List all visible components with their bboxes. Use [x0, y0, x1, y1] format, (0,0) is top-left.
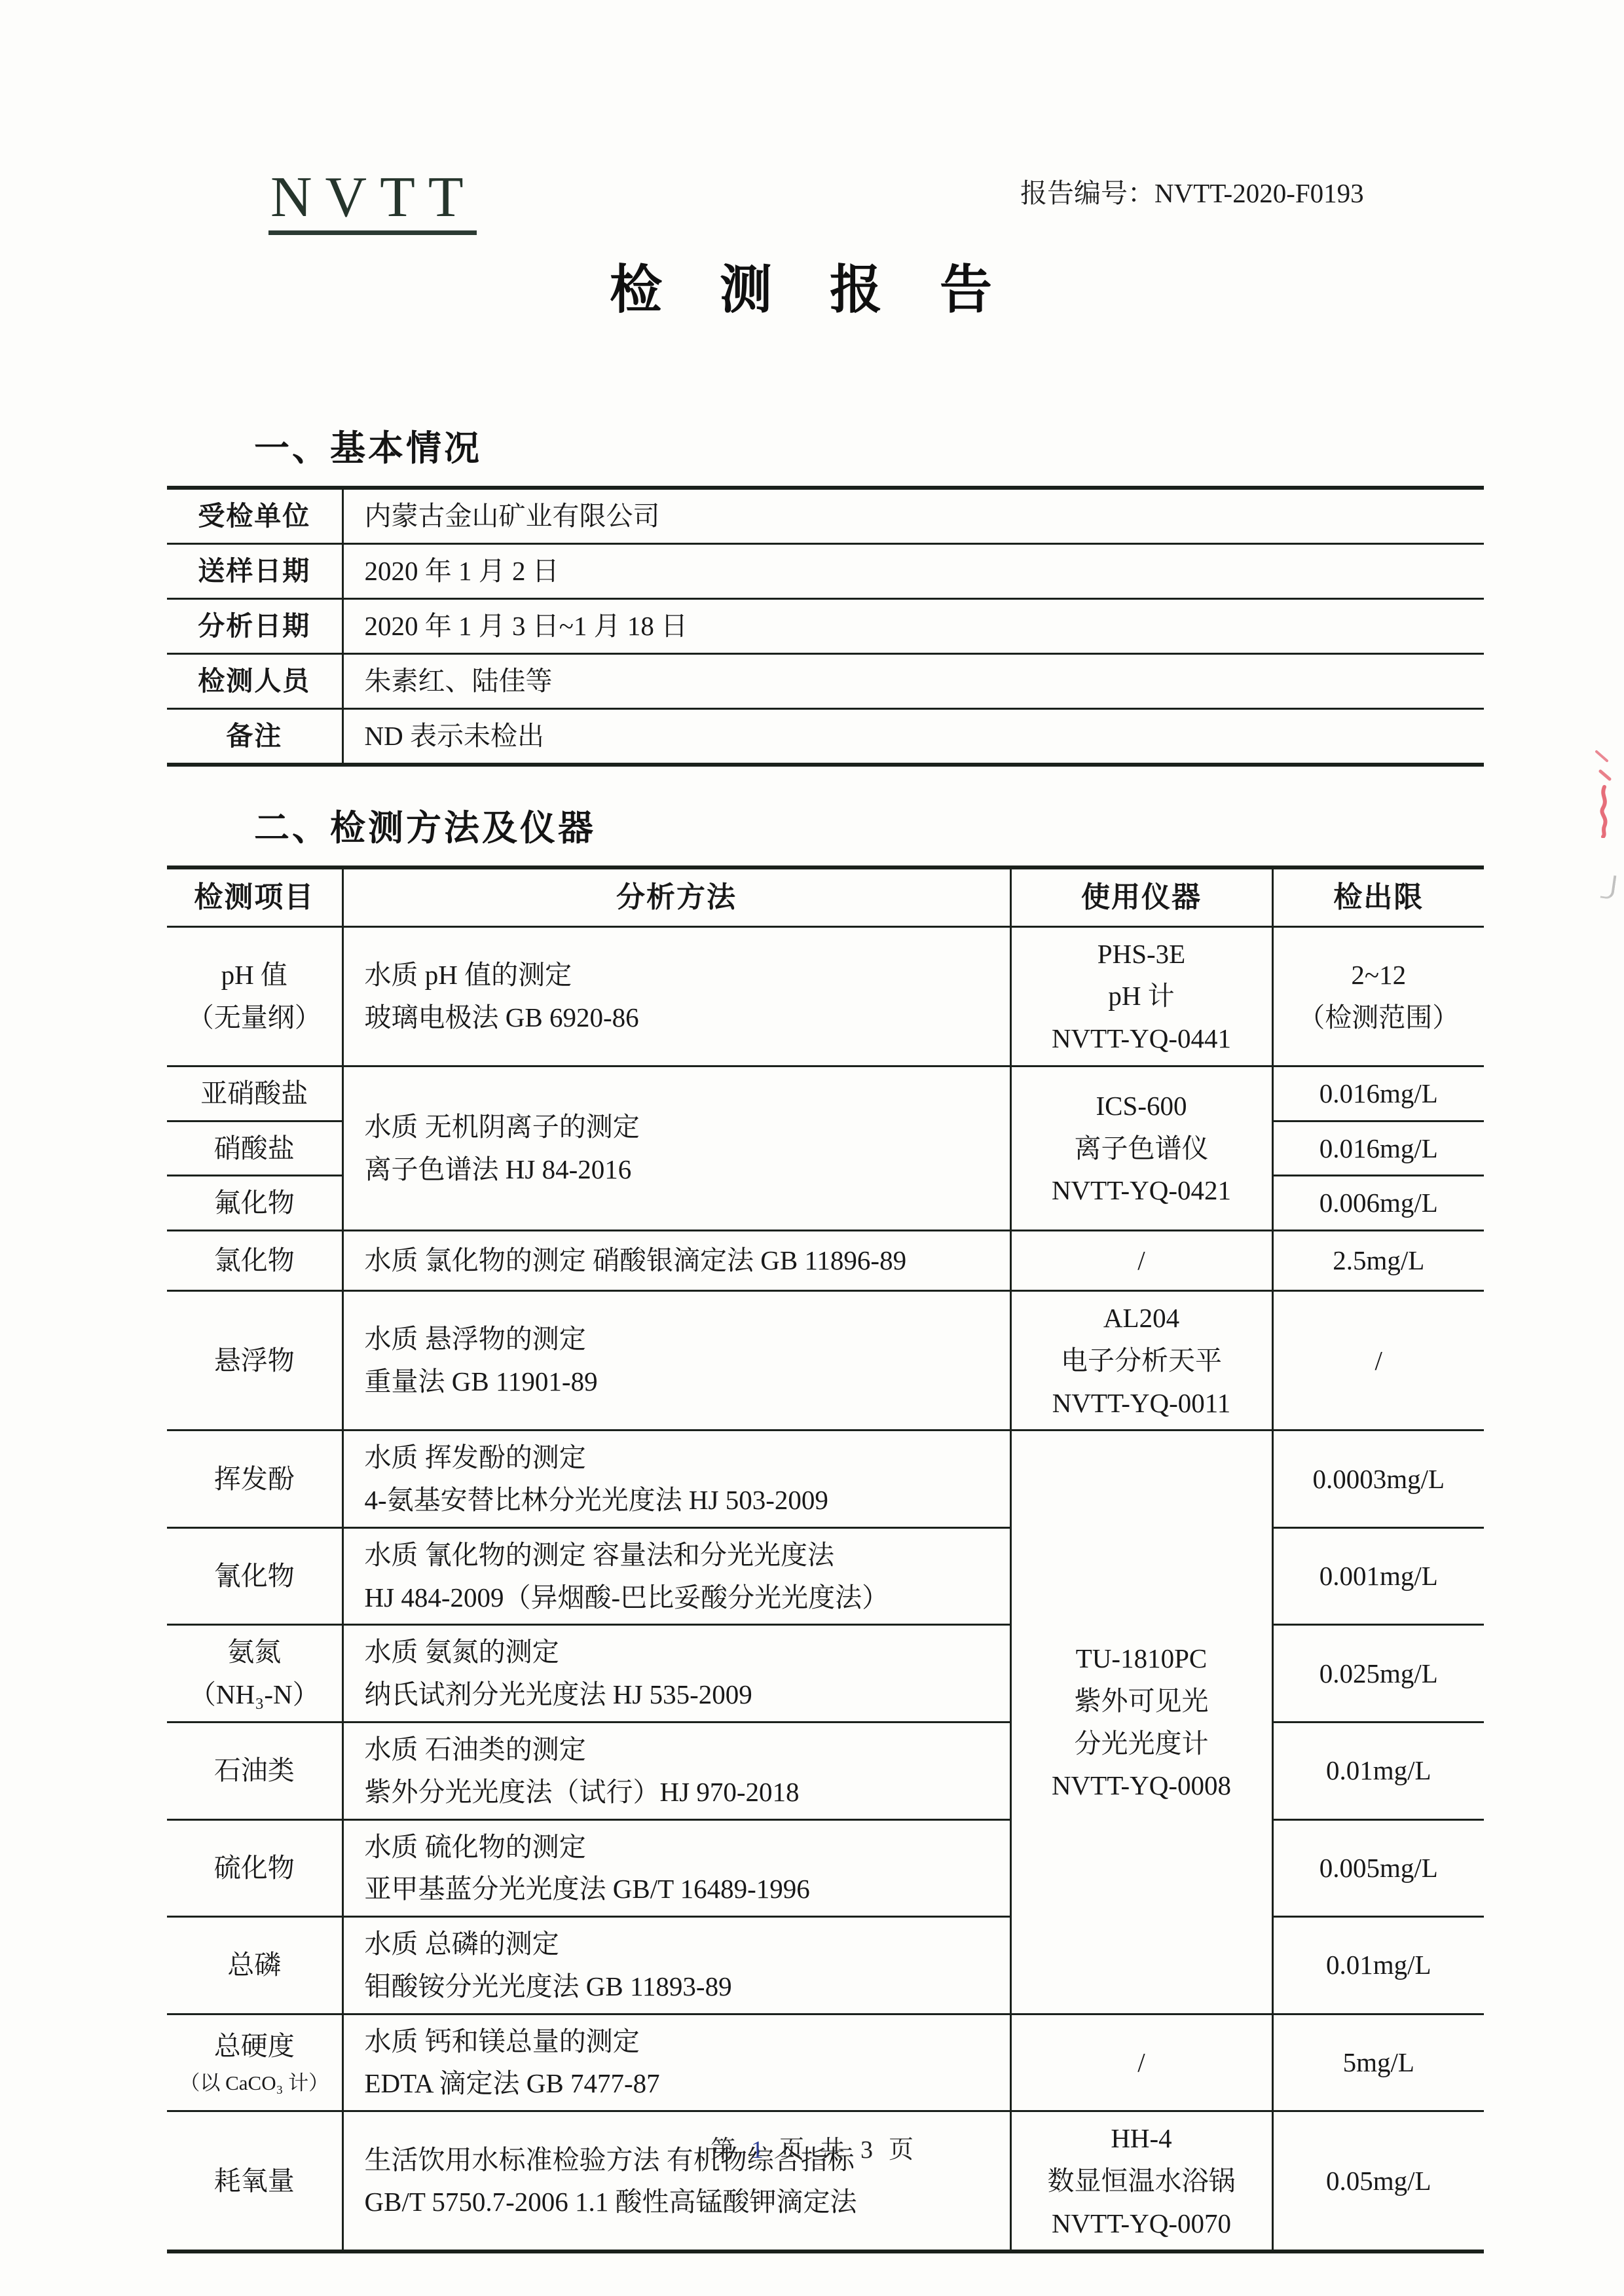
item-fluoride: 氟化物	[167, 1176, 342, 1231]
methods-table: 检测项目分析方法使用仪器检出限pH 值（无量纲）水质 pH 值的测定玻璃电极法 …	[167, 866, 1484, 2253]
limit-nitrite: 0.016mg/L	[1272, 1066, 1484, 1121]
limit-suspended-solids: /	[1272, 1291, 1484, 1430]
method-volatile-phenol: 水质 挥发酚的测定4-氨基安替比林分光光度法 HJ 503-2009	[342, 1430, 1010, 1528]
instrument-uv-vis: TU-1810PC紫外可见光分光光度计NVTT-YQ-0008	[1010, 1430, 1272, 2014]
row-label-remark: 备注	[167, 708, 342, 764]
footer-word: 页	[779, 2129, 804, 2165]
item-ammonia-nitrogen: 氨氮（NH₃-N）	[167, 1625, 342, 1722]
row-label-analysis-date: 分析日期	[167, 598, 342, 653]
method-suspended-solids: 水质 悬浮物的测定重量法 GB 11901-89	[342, 1291, 1010, 1430]
footer-word: 页	[889, 2129, 913, 2165]
method-total-phosphorus: 水质 总磷的测定钼酸铵分光光度法 GB 11893-89	[342, 1917, 1010, 2014]
instrument-suspended-solids: AL204电子分析天平NVTT-YQ-0011	[1010, 1291, 1272, 1430]
header-detection-limit: 检出限	[1272, 867, 1484, 926]
row-label-sample-date: 送样日期	[167, 543, 342, 598]
item-chloride: 氯化物	[167, 1231, 342, 1291]
limit-nitrate: 0.016mg/L	[1272, 1121, 1484, 1176]
limit-fluoride: 0.006mg/L	[1272, 1176, 1484, 1231]
row-label-inspected-unit: 受检单位	[167, 488, 342, 543]
footer-word: 第	[710, 2129, 735, 2165]
limit-volatile-phenol: 0.0003mg/L	[1272, 1430, 1484, 1528]
item-total-phosphorus: 总磷	[167, 1917, 342, 2014]
item-suspended-solids: 悬浮物	[167, 1291, 342, 1430]
limit-ammonia-nitrogen: 0.025mg/L	[1272, 1625, 1484, 1722]
limit-chloride: 2.5mg/L	[1272, 1231, 1484, 1291]
value-remark: ND 表示未检出	[342, 708, 1484, 764]
footer-page-number: 1	[751, 2136, 764, 2164]
limit-sulfide: 0.005mg/L	[1272, 1819, 1484, 1917]
instrument-total-hardness: /	[1010, 2014, 1272, 2111]
value-sample-date: 2020 年 1 月 2 日	[342, 543, 1484, 598]
method-ammonia-nitrogen: 水质 氨氮的测定纳氏试剂分光光度法 HJ 535-2009	[342, 1625, 1010, 1722]
header-analysis-method: 分析方法	[342, 867, 1010, 926]
limit-ph: 2~12（检测范围）	[1272, 926, 1484, 1066]
method-chloride: 水质 氯化物的测定 硝酸银滴定法 GB 11896-89	[342, 1231, 1010, 1291]
section-heading-methods: 二、检测方法及仪器	[254, 800, 596, 850]
value-analysis-date: 2020 年 1 月 3 日~1 月 18 日	[342, 598, 1484, 653]
section-heading-basic-info: 一、基本情况	[254, 420, 482, 471]
item-sulfide: 硫化物	[167, 1819, 342, 1917]
footer-word: 共	[820, 2129, 845, 2165]
instrument-anions: ICS-600离子色谱仪NVTT-YQ-0421	[1010, 1066, 1272, 1230]
method-petroleum: 水质 石油类的测定紫外分光光度法（试行）HJ 970-2018	[342, 1722, 1010, 1820]
report-number: 报告编号：NVTT-2020-F0193	[1020, 172, 1364, 210]
item-nitrate: 硝酸盐	[167, 1121, 342, 1176]
item-nitrite: 亚硝酸盐	[167, 1066, 342, 1121]
footer-total-pages: 3	[860, 2136, 873, 2164]
method-sulfide: 水质 硫化物的测定亚甲基蓝分光光度法 GB/T 16489-1996	[342, 1819, 1010, 1917]
limit-total-phosphorus: 0.01mg/L	[1272, 1917, 1484, 2014]
report-page: NVTT 报告编号：NVTT-2020-F0193 检 测 报 告 一、基本情况…	[0, 0, 1624, 2296]
gray-smudge	[1600, 874, 1617, 900]
basic-info-table: 受检单位内蒙古金山矿业有限公司送样日期2020 年 1 月 2 日分析日期202…	[167, 486, 1484, 767]
item-petroleum: 石油类	[167, 1722, 342, 1820]
instrument-ph: PHS-3EpH 计NVTT-YQ-0441	[1010, 926, 1272, 1066]
red-pen-mark	[1587, 746, 1619, 838]
item-volatile-phenol: 挥发酚	[167, 1430, 342, 1528]
method-total-hardness: 水质 钙和镁总量的测定EDTA 滴定法 GB 7477-87	[342, 2014, 1010, 2111]
method-anions: 水质 无机阴离子的测定离子色谱法 HJ 84-2016	[342, 1066, 1010, 1230]
report-number-label: 报告编号：	[1020, 178, 1154, 208]
method-ph: 水质 pH 值的测定玻璃电极法 GB 6920-86	[342, 926, 1010, 1066]
instrument-chloride: /	[1010, 1231, 1272, 1291]
logo-underline	[268, 230, 477, 235]
method-cyanide: 水质 氰化物的测定 容量法和分光光度法HJ 484-2009（异烟酸-巴比妥酸分…	[342, 1527, 1010, 1625]
item-total-hardness: 总硬度（以 CaCO₃ 计）	[167, 2014, 342, 2111]
item-cyanide: 氰化物	[167, 1527, 342, 1625]
limit-cyanide: 0.001mg/L	[1272, 1527, 1484, 1625]
nvtt-logo: NVTT	[270, 169, 477, 227]
item-ph: pH 值（无量纲）	[167, 926, 342, 1066]
limit-petroleum: 0.01mg/L	[1272, 1722, 1484, 1820]
value-testers: 朱素红、陆佳等	[342, 653, 1484, 708]
header-test-item: 检测项目	[167, 867, 342, 926]
value-inspected-unit: 内蒙古金山矿业有限公司	[342, 488, 1484, 543]
page-title: 检 测 报 告	[0, 247, 1624, 323]
report-number-value: NVTT-2020-F0193	[1154, 178, 1364, 208]
limit-total-hardness: 5mg/L	[1272, 2014, 1484, 2111]
row-label-testers: 检测人员	[167, 653, 342, 708]
page-footer: 第 1 页 共 3 页	[0, 2129, 1624, 2165]
header-instrument: 使用仪器	[1010, 867, 1272, 926]
